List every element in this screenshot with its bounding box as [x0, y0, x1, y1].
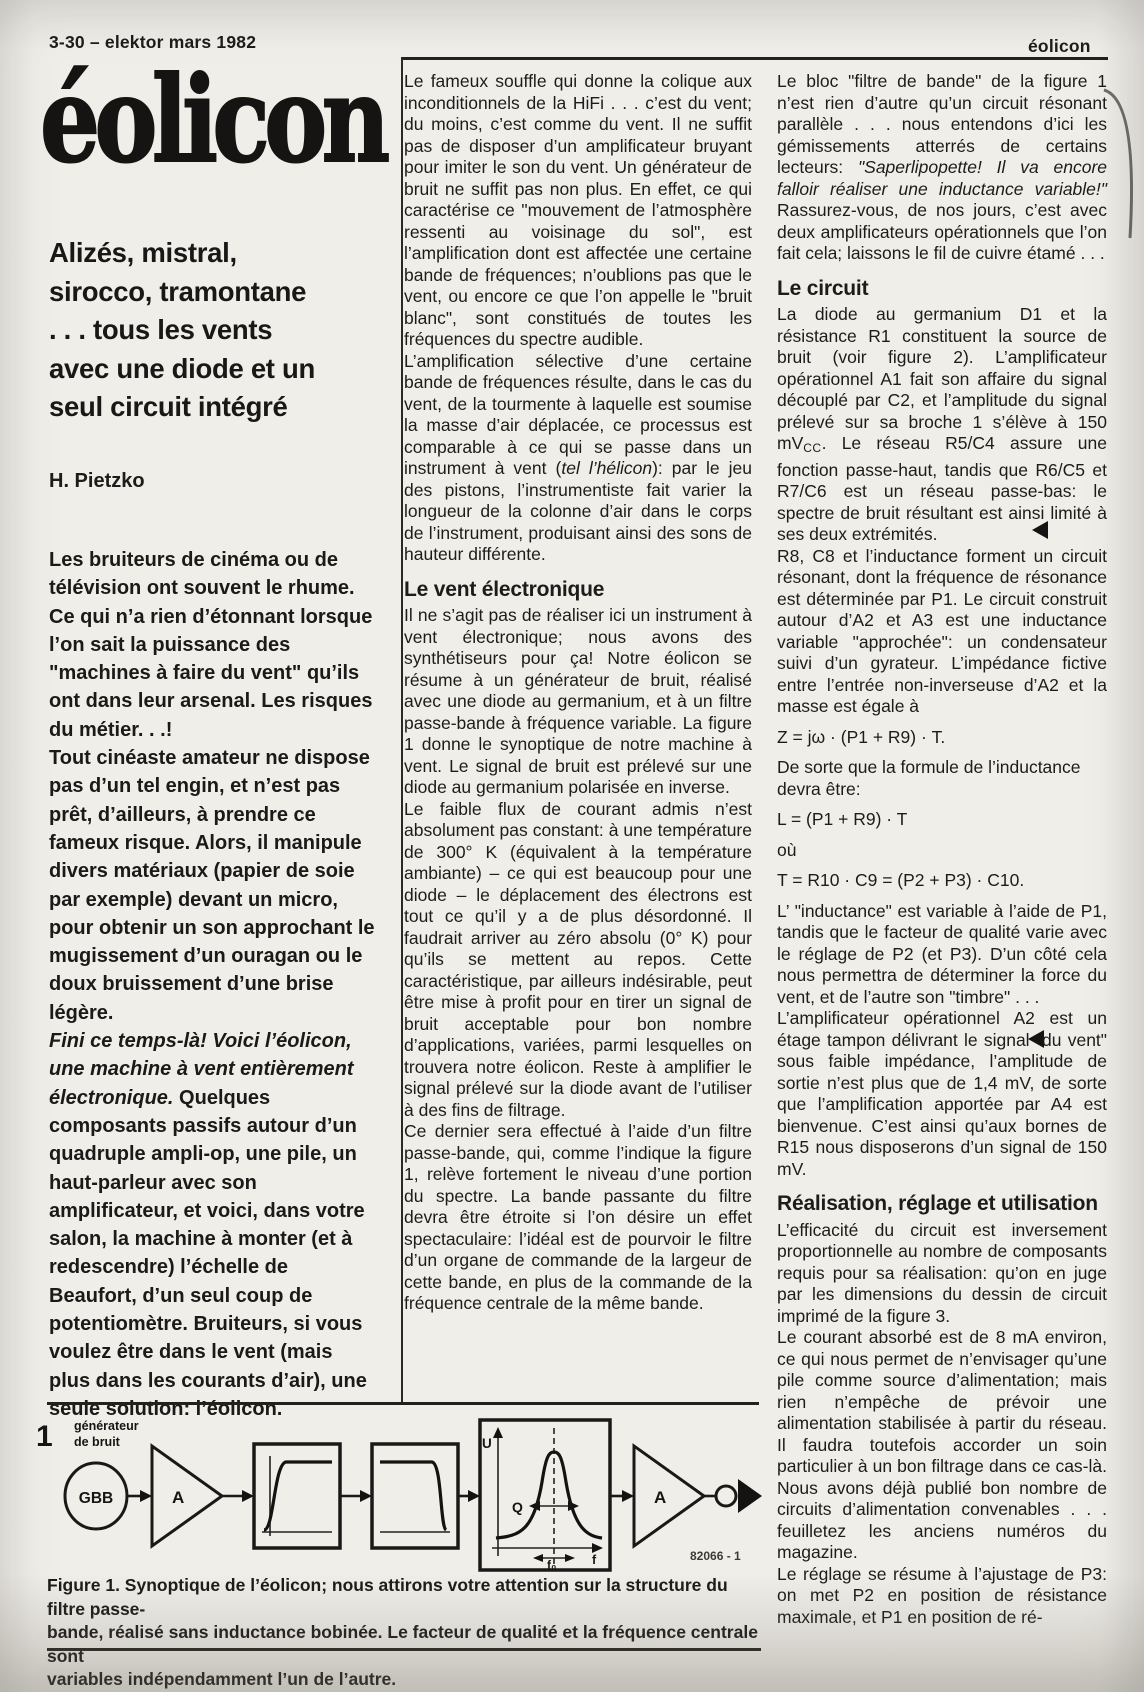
formula-inductance: L = (P1 + R9) · T — [777, 809, 1107, 831]
u-axis-label: U — [482, 1436, 492, 1451]
connector-arrow — [222, 1490, 254, 1502]
body-paragraph: Le courant absorbé est de 8 mA environ, … — [777, 1327, 1107, 1564]
f0-label: f₀ — [547, 1558, 556, 1572]
body-paragraph: Le faible flux de courant admis n’est ab… — [404, 799, 752, 1122]
connector-arrow — [458, 1490, 480, 1502]
connector-arrow — [127, 1490, 152, 1502]
lead-column: Les bruiteurs de cinéma ou de télévision… — [49, 546, 375, 1423]
lead-paragraph: Fini ce temps-là! Voici l’éolicon, une m… — [49, 1027, 375, 1423]
connector-arrow — [340, 1490, 372, 1502]
body-paragraph: Le bloc "filtre de bande" de la figure 1… — [777, 71, 1107, 265]
lowpass-filter-block — [372, 1444, 458, 1548]
amplifier-2-label: A — [654, 1488, 666, 1507]
article-subtitle: Alizés, mistral, sirocco, tramontane . .… — [49, 234, 369, 427]
connector-arrow — [610, 1490, 634, 1502]
middle-column: Le fameux souffle qui donne la colique a… — [404, 71, 752, 1315]
body-paragraph: L’amplification sélective d’une certaine… — [404, 351, 752, 566]
body-italic-span: tel l’hélicon — [561, 458, 652, 478]
formula-time-constant: T = R10 · C9 = (P2 + P3) · C10. — [777, 870, 1107, 892]
section-heading-realisation: Réalisation, réglage et utilisation — [777, 1193, 1107, 1215]
amplifier-1-label: A — [172, 1488, 184, 1507]
figure-top-rule — [47, 1402, 759, 1405]
figure-number: 1 — [36, 1420, 53, 1453]
f-axis-label: f — [592, 1553, 597, 1567]
amplifier-2-block: A — [634, 1446, 704, 1546]
magazine-page: 3-30 – elektor mars 1982 éolicon éolicon… — [0, 0, 1144, 1692]
body-paragraph: Ce dernier sera effectué à l’aide d’un f… — [404, 1121, 752, 1315]
bandpass-filter-block: U f Q f₀ — [480, 1420, 610, 1572]
formula-impedance: Z = jω · (P1 + R9) · T. — [777, 727, 1107, 749]
figure-bottom-rule — [47, 1648, 761, 1651]
section-heading-vent-electronique: Le vent électronique — [404, 579, 752, 601]
body-span: La diode au germanium D1 et la résistanc… — [777, 304, 1107, 453]
generator-label: générateur — [74, 1419, 139, 1433]
figure-code: 82066 - 1 — [690, 1549, 741, 1563]
right-column: Le bloc "filtre de bande" de la figure 1… — [777, 71, 1107, 1628]
section-header: éolicon — [1028, 36, 1091, 57]
highpass-filter-block — [254, 1444, 340, 1548]
output-terminal — [704, 1479, 762, 1513]
generator-label: de bruit — [74, 1435, 121, 1449]
body-paragraph: L’efficacité du circuit est inversement … — [777, 1220, 1107, 1328]
subscript-cc: CC — [803, 441, 821, 455]
body-paragraph: R8, C8 et l’inductance forment un circui… — [777, 546, 1107, 718]
block-diagram: 1 générateur de bruit GBB A — [26, 1406, 770, 1578]
q-factor-label: Q — [512, 1499, 523, 1515]
author-name: H. Pietzko — [49, 470, 145, 493]
body-paragraph: où — [777, 840, 1107, 862]
noise-generator-label: GBB — [79, 1490, 113, 1507]
column-divider-rule — [401, 57, 403, 1403]
body-paragraph: De sorte que la formule de l’inductance … — [777, 757, 1107, 800]
output-arrow-icon — [738, 1479, 762, 1513]
body-paragraph: L’amplificateur opérationnel A2 est un é… — [777, 1008, 1107, 1180]
body-span: . Le réseau R5/C4 assure une fonction pa… — [777, 433, 1107, 544]
body-paragraph: L’ "inductance" est variable à l’aide de… — [777, 901, 1107, 1009]
body-paragraph: Le réglage se résume à l’ajustage de P3:… — [777, 1564, 1107, 1629]
margin-print-mark — [1028, 1030, 1044, 1048]
body-paragraph: La diode au germanium D1 et la résistanc… — [777, 304, 1107, 546]
margin-print-mark — [1032, 521, 1048, 539]
body-span: Rassurez-vous, de nos jours, c’est avec … — [777, 200, 1107, 263]
header-rule — [402, 57, 1108, 60]
body-paragraph: Le fameux souffle qui donne la colique a… — [404, 71, 752, 351]
page-curl-artifact — [1098, 78, 1144, 248]
figure-caption: Figure 1. Synoptique de l’éolicon; nous … — [47, 1574, 759, 1692]
article-title: éolicon — [40, 58, 385, 182]
lead-paragraph: Les bruiteurs de cinéma ou de télévision… — [49, 546, 375, 744]
lead-paragraph: Tout cinéaste amateur ne dispose pas d’u… — [49, 744, 375, 1027]
lead-span: Quelques composants passifs autour d’un … — [49, 1087, 367, 1420]
noise-generator-block: GBB — [65, 1463, 127, 1529]
body-paragraph: Il ne s’agit pas de réaliser ici un inst… — [404, 605, 752, 799]
section-heading-le-circuit: Le circuit — [777, 278, 1107, 300]
amplifier-1-block: A — [152, 1446, 222, 1546]
